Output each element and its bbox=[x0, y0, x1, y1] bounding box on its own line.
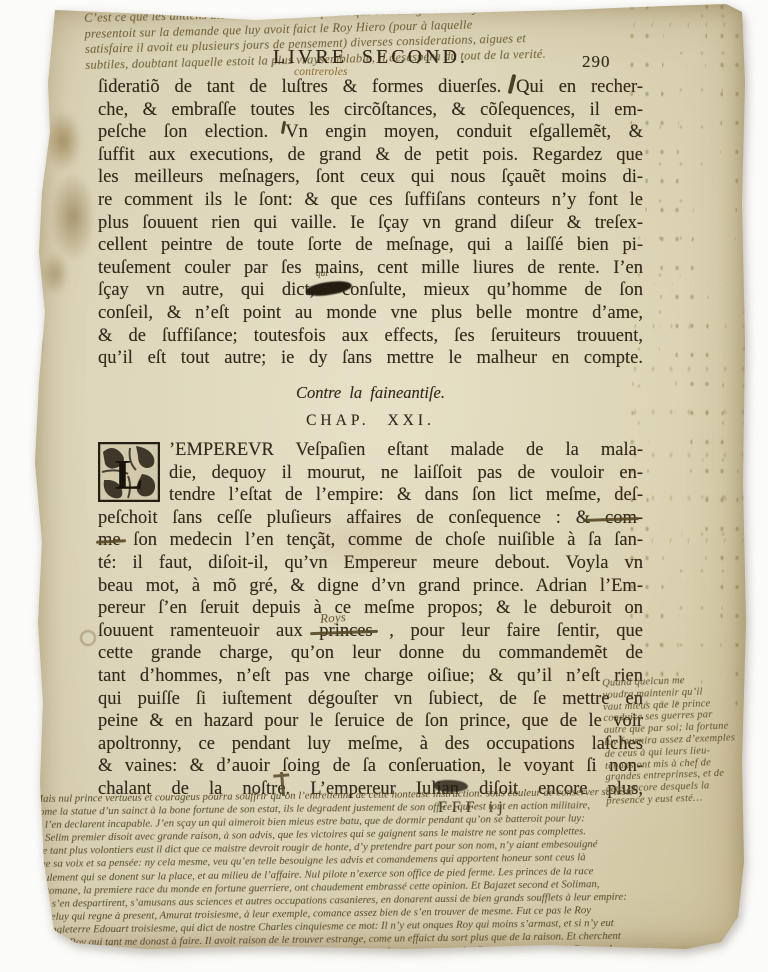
chapter-number: CHAP. XXI. bbox=[98, 412, 643, 430]
paper-stain bbox=[40, 252, 70, 296]
printed-line: tant d’hommes, n’eſt pas vne charge oiſi… bbox=[98, 665, 643, 688]
paper-sheet-wrapper: et nouuelles considerations qui les amus… bbox=[26, 2, 746, 952]
printed-line: plus ſouuent rien qui vaille. Ie ſçay vn… bbox=[98, 212, 643, 235]
printed-line: peine & en hazard pour le ſeruice de ſon… bbox=[98, 710, 643, 733]
superscript-correction-qui: qui bbox=[316, 268, 328, 278]
bottom-margin-annotation: Mais nul prince vertueus et courageus po… bbox=[34, 784, 750, 963]
printed-paragraph-1: ſideratiõ de tant de luſtres & formes di… bbox=[98, 76, 643, 370]
printed-line: té: il faut, diſoit-il, qu’vn Empereur m… bbox=[98, 552, 643, 575]
printed-line: & de ſuffiſance; toutesfois aux effects,… bbox=[98, 325, 643, 348]
printed-line: tendre l’eſtat de l’empire: & dans ſon l… bbox=[98, 484, 643, 507]
paper-stain bbox=[28, 332, 44, 358]
printed-line: qu’il eſt tout autre; ie dy ſans mettre … bbox=[98, 347, 643, 370]
paper-stain bbox=[44, 110, 82, 172]
printed-line: peſchoit ſans ceſſe pluſieurs affaires d… bbox=[98, 507, 643, 530]
printed-line: apoltronny, ce pendant luy meſme, à des … bbox=[98, 733, 643, 756]
printed-line: che, & embraſſe toutes les circõſtances,… bbox=[98, 99, 643, 122]
running-head: LIVRE SECOND. bbox=[98, 46, 643, 69]
woodcut-initial-svg: L bbox=[98, 442, 160, 502]
printed-line: ſçay vn autre, qui dict, conſulte, mieux… bbox=[98, 279, 643, 302]
chapter-heading: Contre la faineantiſe. bbox=[98, 383, 643, 403]
printed-line: die, dequoy il mourut, ne laiſſoit pas d… bbox=[98, 462, 643, 485]
paper-stain bbox=[50, 172, 96, 262]
printed-line: ’EMPEREVR Veſpaſien eſtant malade de la … bbox=[98, 439, 643, 462]
printed-line: ſideratiõ de tant de luſtres & formes di… bbox=[98, 76, 643, 99]
printed-line: re comment ils le ſont: & que ces ſuffiſ… bbox=[98, 189, 643, 212]
printed-line: cette grande charge, qu’on leur donne du… bbox=[98, 642, 643, 665]
ink-bleedthrough-columns bbox=[628, 2, 754, 714]
printed-line: peſche ſon election. Vn engin moyen, con… bbox=[98, 121, 643, 144]
printed-line: conſeil, & n’eſt point au monde vne plus… bbox=[98, 302, 643, 325]
paper-stain-ring bbox=[80, 630, 96, 646]
scanned-book-page: et nouuelles considerations qui les amus… bbox=[0, 0, 768, 972]
printed-line: cellent peintre de toute ſorte de meſnag… bbox=[98, 234, 643, 257]
printed-line: les meilleurs meſnagers, ſont ceux qui n… bbox=[98, 166, 643, 189]
printed-line: teuſement couler par ſes mains, cent mil… bbox=[98, 257, 643, 280]
page-number: 290 bbox=[582, 52, 611, 72]
paper-sheet: et nouuelles considerations qui les amus… bbox=[26, 2, 746, 952]
printed-line: ſuffit aux executions, de grand & de pet… bbox=[98, 144, 643, 167]
woodcut-initial-L: L bbox=[98, 442, 160, 502]
printed-line: me ſon medecin l’en tençãt, comme de cho… bbox=[98, 529, 643, 552]
printed-line: beau mot, à mõ gré, & digne d’vn grand p… bbox=[98, 575, 643, 598]
printed-line: qui puiſſe ſi iuſtement dégouſter vn ſub… bbox=[98, 688, 643, 711]
printed-line: & vaines: & d’auoir ſoing de ſa conſerua… bbox=[98, 755, 643, 778]
drop-cap-letter: L bbox=[115, 453, 143, 499]
printed-line: pereur ſ’en ſeruit depuis à ce meſme pro… bbox=[98, 597, 643, 620]
interlinear-correction-roys: Roys bbox=[319, 609, 346, 627]
printed-paragraph-2: L ’EMPEREVR Veſpaſien eſtant malade de l… bbox=[98, 439, 643, 801]
